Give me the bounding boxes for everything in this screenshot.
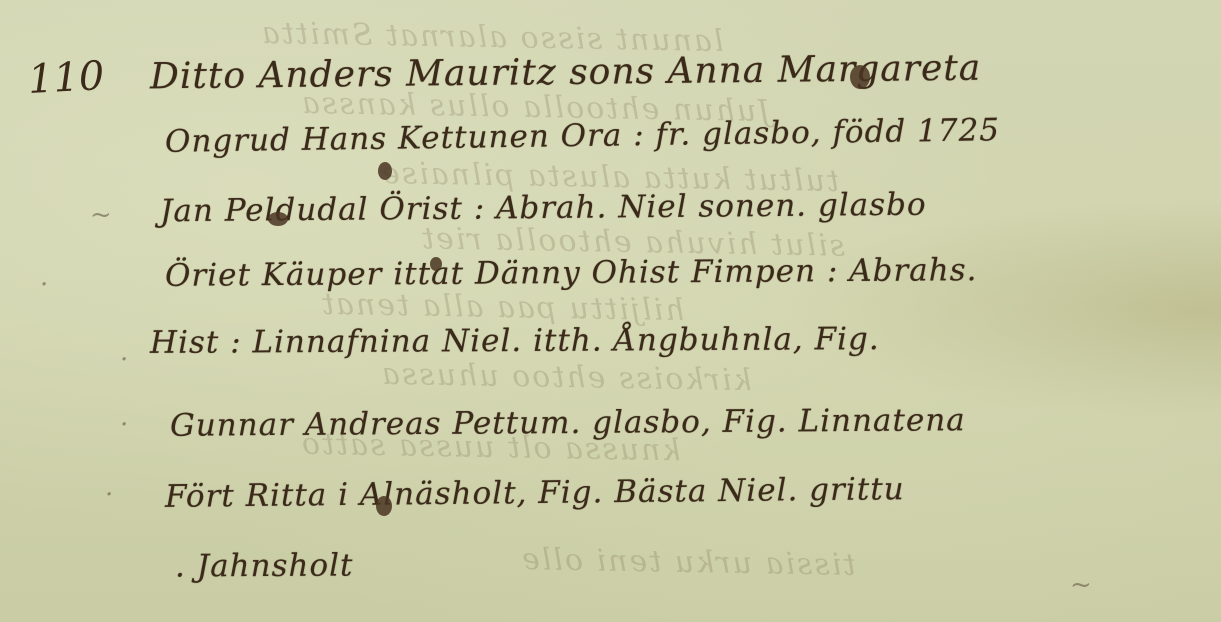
bleed-through-line: tissia urku teni olle <box>520 542 856 583</box>
manuscript-page: lanunt sisso alarnat Smitta Juhun ehtool… <box>0 0 1221 622</box>
margin-mark: · <box>120 345 128 375</box>
record-line-2: Ongrud Hans Kettunen Ora : fr. glasbo, f… <box>165 112 1000 160</box>
ink-blot <box>376 496 392 516</box>
margin-mark: · <box>40 270 48 300</box>
margin-mark: ~ <box>90 200 112 230</box>
ink-blot <box>268 212 288 226</box>
record-line-4: Öriet Käuper ittat Dänny Ohist Fimpen : … <box>165 252 978 294</box>
record-line-8: . Jahnsholt <box>175 548 354 585</box>
margin-mark: · <box>120 410 128 440</box>
ink-blot <box>850 65 870 89</box>
record-line-5: Hist : Linnafnina Niel. itth. Ångbuhnla,… <box>150 321 880 361</box>
ink-blot <box>430 257 442 271</box>
margin-mark: · <box>105 480 113 510</box>
bleed-through-line: kirkoiss ehtoo uhussa <box>380 357 752 398</box>
margin-mark: ~ <box>1070 570 1092 600</box>
record-line-7: Fört Ritta i Alnäsholt, Fig. Bästa Niel.… <box>165 471 905 515</box>
entry-number: 110 <box>27 53 106 103</box>
record-line-6: Gunnar Andreas Pettum. glasbo, Fig. Linn… <box>170 402 966 444</box>
ink-blot <box>378 162 392 180</box>
